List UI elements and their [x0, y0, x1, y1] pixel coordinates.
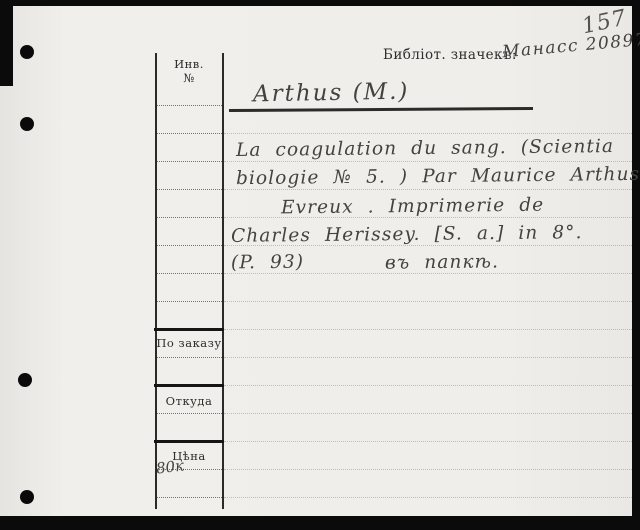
punch-hole [18, 373, 32, 387]
ruled-line [224, 161, 632, 162]
ruled-line [224, 469, 632, 470]
catalog-card-scan: 157 Библіот. значекъ: Манасс 20897 Инв. … [0, 0, 640, 530]
scan-border-left [0, 0, 13, 86]
pagination-note: (P. 93) [231, 252, 304, 274]
section-separator [154, 328, 224, 331]
body-line: La coagulation du sang. (Scientia [236, 136, 614, 161]
ruled-line [224, 357, 632, 358]
section-separator [154, 384, 224, 387]
heading-author: Arthus (M.) [253, 79, 410, 108]
ruled-line [224, 329, 632, 330]
ruled-line [156, 105, 222, 106]
ruled-line [156, 273, 222, 274]
ruled-line [156, 161, 222, 162]
ruled-line [224, 301, 632, 302]
inventory-number-sign: № [155, 71, 223, 85]
ruled-line [156, 413, 222, 414]
ruled-line [156, 133, 222, 134]
section-separator [154, 440, 224, 443]
scan-border-right [632, 0, 640, 530]
ruled-line [224, 497, 632, 498]
shelving-note: въ папкѣ. [385, 251, 499, 273]
scan-border-bottom [0, 516, 640, 530]
inventory-number-cell: Инв. № [155, 57, 223, 85]
ruled-line [156, 301, 222, 302]
body-line: Evreux . Imprimerie de [281, 195, 544, 219]
ruled-line [156, 357, 222, 358]
ruled-line [156, 217, 222, 218]
heading-underline [229, 107, 533, 112]
ruled-line [224, 133, 632, 134]
body-line: biologie № 5. ) Par Maurice Arthus. [236, 164, 640, 189]
scan-border-top [0, 0, 640, 6]
library-stamp-label: Библіот. значекъ: [383, 47, 517, 63]
section-label-origin: Откуда [155, 394, 223, 408]
ruled-line [224, 413, 632, 414]
punch-hole [20, 45, 34, 59]
price-value: 80к [155, 456, 185, 477]
library-stamp-value: Манасс 20897 [501, 30, 640, 63]
ruled-line [156, 189, 222, 190]
body-line: Charles Herissey. [S. a.] in 8°. [231, 222, 583, 247]
ruled-line [224, 189, 632, 190]
ruled-line [224, 441, 632, 442]
ruled-line [156, 497, 222, 498]
inventory-label: Инв. [155, 57, 223, 71]
ruled-line [224, 385, 632, 386]
punch-hole [20, 117, 34, 131]
ruled-line [156, 245, 222, 246]
punch-hole [20, 490, 34, 504]
section-label-order: По заказу [155, 336, 223, 350]
